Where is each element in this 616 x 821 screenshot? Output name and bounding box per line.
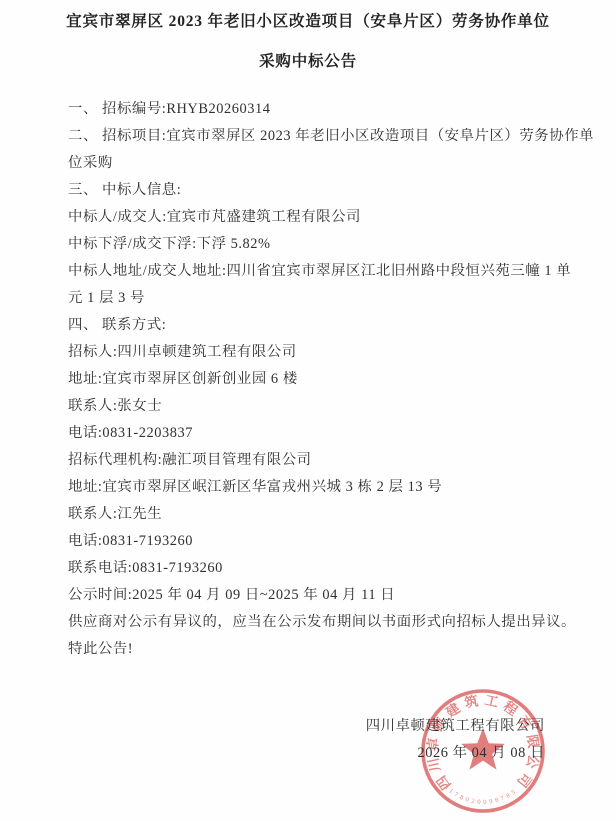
signature-date: 2026 年 04 月 08 日 [366,740,545,767]
body-line: 招标人:四川卓顿建筑工程有限公司 [68,339,568,366]
document-body: 一、 招标编号:RHYB20260314 二、 招标项目:宜宾市翠屏区 2023… [68,96,568,663]
body-line: 公示时间:2025 年 04 月 09 日~2025 年 04 月 11 日 [68,582,568,609]
body-line: 联系人:江先生 [68,501,568,528]
body-line: 特此公告! [68,636,568,663]
body-line: 中标下浮/成交下浮:下浮 5.82% [68,231,568,258]
body-line: 中标人/成交人:宜宾市芃盛建筑工程有限公司 [68,204,568,231]
body-line: 联系人:张女士 [68,393,568,420]
body-line: 二、 招标项目:宜宾市翠屏区 2023 年老旧小区改造项目（安阜片区）劳务协作单 [68,123,568,150]
body-line: 三、 中标人信息: [68,177,568,204]
body-line: 电话:0831-7193260 [68,528,568,555]
body-line: 元 1 层 3 号 [68,285,568,312]
body-line: 地址:宜宾市翠屏区创新创业园 6 楼 [68,366,568,393]
document-title-line1: 宜宾市翠屏区 2023 年老旧小区改造项目（安阜片区）劳务协作单位 [0,2,616,42]
signature-company: 四川卓顿建筑工程有限公司 [366,713,545,740]
body-line: 位采购 [68,150,568,177]
body-line: 地址:宜宾市翠屏区岷江新区华富戎州兴城 3 栋 2 层 13 号 [68,474,568,501]
document-title: 宜宾市翠屏区 2023 年老旧小区改造项目（安阜片区）劳务协作单位 采购中标公告 [0,2,616,82]
body-line: 中标人地址/成交人地址:四川省宜宾市翠屏区江北旧州路中段恒兴苑三幢 1 单 [68,258,568,285]
document-title-line2: 采购中标公告 [0,42,616,82]
document-page: 宜宾市翠屏区 2023 年老旧小区改造项目（安阜片区）劳务协作单位 采购中标公告… [0,0,616,821]
body-line: 一、 招标编号:RHYB20260314 [68,96,568,123]
body-line: 四、 联系方式: [68,312,568,339]
body-line: 招标代理机构:融汇项目管理有限公司 [68,447,568,474]
body-line: 联系电话:0831-7193260 [68,555,568,582]
signature-block: 四川卓顿建筑工程有限公司 2026 年 04 月 08 日 [366,713,545,767]
body-line: 供应商对公示有异议的，应当在公示发布期间以书面形式向招标人提出异议。 [68,609,568,636]
body-line: 电话:0831-2203837 [68,420,568,447]
